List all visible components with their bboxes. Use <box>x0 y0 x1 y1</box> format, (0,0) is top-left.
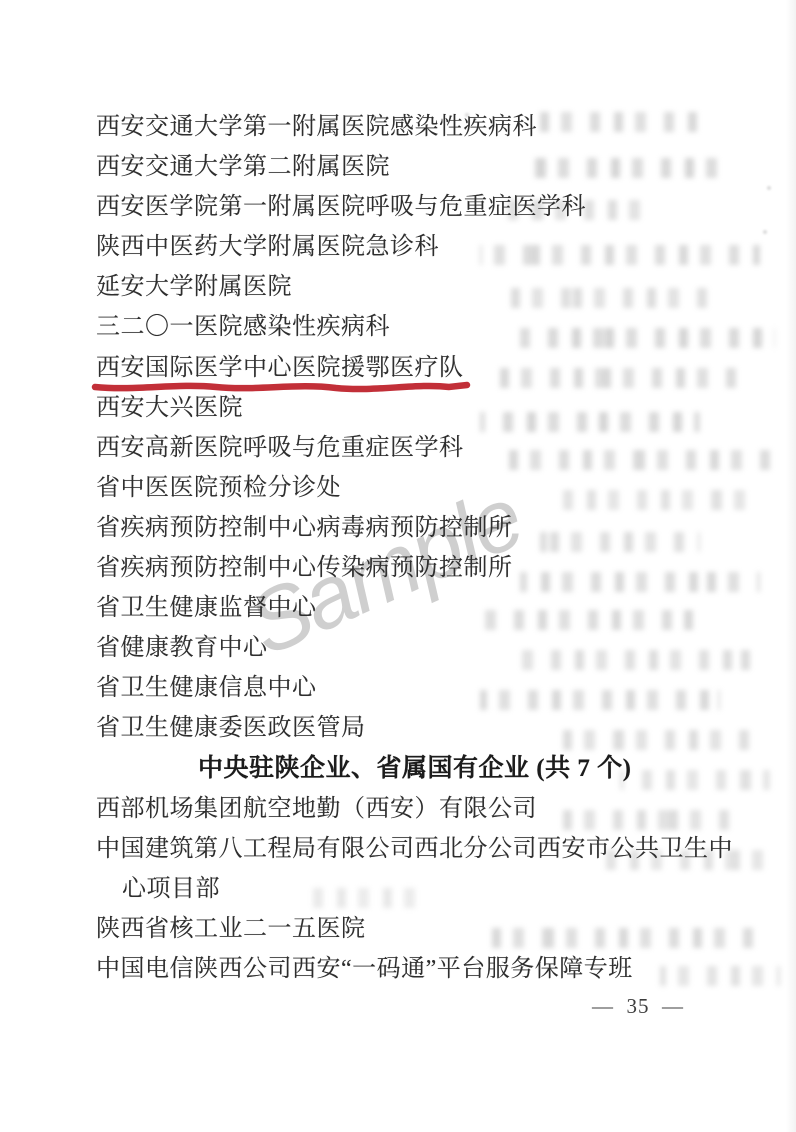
list-item-text: 省疾病预防控制中心病毒病预防控制所 <box>96 515 513 541</box>
hospital-list-item: 西安医学院第一附属医院呼吸与危重症医学科 <box>96 187 746 227</box>
list-item-text: 西安交通大学第一附属医院感染性疾病科 <box>96 114 537 140</box>
enterprise-list-item: 中国电信陕西公司西安“一码通”平台服务保障专班 <box>96 949 746 989</box>
list-item-text: 西安医学院第一附属医院呼吸与危重症医学科 <box>96 194 586 220</box>
hospital-list-item: 省疾病预防控制中心病毒病预防控制所 <box>96 508 746 548</box>
hospital-list-item: 省健康教育中心 <box>96 628 746 668</box>
list-item-text: 延安大学附属医院 <box>96 274 292 300</box>
list-item-text: 三二〇一医院感染性疾病科 <box>96 314 390 340</box>
list-item-text: 西安国际医学中心医院援鄂医疗队 <box>96 355 464 381</box>
list-item-text: 省卫生健康监督中心 <box>96 595 317 621</box>
list-item-text: 省疾病预防控制中心传染病预防控制所 <box>96 555 513 581</box>
enterprise-list-item: 陕西省核工业二一五医院 <box>96 909 746 949</box>
hospital-list: 西安交通大学第一附属医院感染性疾病科西安交通大学第二附属医院西安医学院第一附属医… <box>96 107 746 749</box>
scan-speck <box>763 230 767 234</box>
hospital-list-item: 省卫生健康监督中心 <box>96 588 746 628</box>
list-item-text: 中国建筑第八工程局有限公司西北分公司西安市公共卫生中心项目部 <box>96 836 733 902</box>
list-item-text: 西安高新医院呼吸与危重症医学科 <box>96 435 464 461</box>
list-item-text: 西部机场集团航空地勤（西安）有限公司 <box>96 796 537 822</box>
list-item-text: 省卫生健康委医政医管局 <box>96 715 366 741</box>
hospital-list-item: 省卫生健康委医政医管局 <box>96 708 746 748</box>
list-item-text: 省卫生健康信息中心 <box>96 675 317 701</box>
hospital-list-item: 省中医医院预检分诊处 <box>96 468 746 508</box>
hospital-list-item: 西安大兴医院 <box>96 388 746 428</box>
list-item-text: 省健康教育中心 <box>96 635 268 661</box>
hospital-list-item: 西安交通大学第二附属医院 <box>96 147 746 187</box>
enterprise-list: 西部机场集团航空地勤（西安）有限公司中国建筑第八工程局有限公司西北分公司西安市公… <box>96 789 746 989</box>
hospital-list-item: 西安高新医院呼吸与危重症医学科 <box>96 428 746 468</box>
hospital-list-item: 省卫生健康信息中心 <box>96 668 746 708</box>
page-number: — 35 — <box>592 994 684 1019</box>
hospital-list-item: 西安交通大学第一附属医院感染性疾病科 <box>96 107 746 147</box>
hospital-list-item: 陕西中医药大学附属医院急诊科 <box>96 227 746 267</box>
scan-speck <box>767 186 771 190</box>
document-body: 西安交通大学第一附属医院感染性疾病科西安交通大学第二附属医院西安医学院第一附属医… <box>96 107 746 989</box>
enterprise-list-item: 西部机场集团航空地勤（西安）有限公司 <box>96 789 746 829</box>
hospital-list-item: 三二〇一医院感染性疾病科 <box>96 307 746 347</box>
section-heading: 中央驻陕企业、省属国有企业 (共 7 个) <box>96 749 746 789</box>
highlighted-list-item: 西安国际医学中心医院援鄂医疗队 <box>96 348 746 388</box>
document-page: Sample 西安交通大学第一附属医院感染性疾病科西安交通大学第二附属医院西安医… <box>0 0 796 1132</box>
list-item-text: 西安大兴医院 <box>96 395 243 421</box>
list-item-text: 省中医医院预检分诊处 <box>96 475 341 501</box>
enterprise-list-item: 中国建筑第八工程局有限公司西北分公司西安市公共卫生中心项目部 <box>96 829 746 909</box>
list-item-text: 西安交通大学第二附属医院 <box>96 154 390 180</box>
list-item-text: 陕西中医药大学附属医院急诊科 <box>96 234 439 260</box>
list-item-text: 中国电信陕西公司西安“一码通”平台服务保障专班 <box>96 956 633 982</box>
hospital-list-item: 延安大学附属医院 <box>96 267 746 307</box>
hospital-list-item: 省疾病预防控制中心传染病预防控制所 <box>96 548 746 588</box>
list-item-text: 陕西省核工业二一五医院 <box>96 916 366 942</box>
